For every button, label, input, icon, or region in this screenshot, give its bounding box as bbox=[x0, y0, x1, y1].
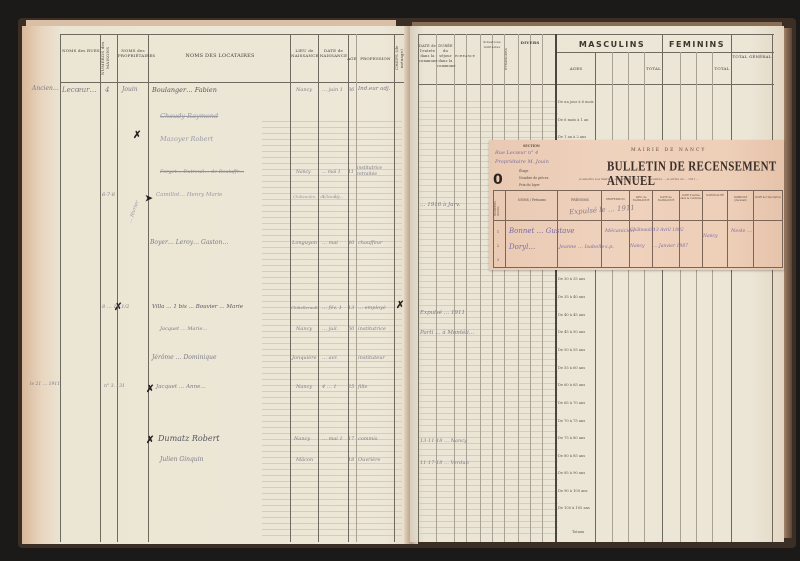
entry-birthdate: … juin 1 bbox=[322, 87, 343, 93]
cross-mark: ✗ bbox=[146, 384, 154, 395]
entry-age: 40 bbox=[348, 240, 354, 246]
entry-birthplace: Longuyon bbox=[292, 240, 317, 246]
entry-tenant: Camillot… Henry Marie bbox=[156, 192, 222, 198]
header-date-naissance: DATE de NAISSANCE bbox=[319, 48, 348, 58]
entry-age: 11 bbox=[348, 170, 354, 175]
entry-birthdate: … mai bbox=[322, 240, 338, 246]
entry-tenant: Boulanger… Fabien bbox=[152, 86, 217, 94]
bulletin-row-domicile: Nesle … bbox=[731, 228, 752, 234]
entry-profession: fille bbox=[358, 384, 368, 390]
cross-mark: ✗ bbox=[133, 130, 141, 141]
bulletin-col-inscription: DATE de l'inscription bbox=[754, 196, 782, 199]
age-row-label: De 85 à 90 ans bbox=[558, 471, 585, 475]
entry-profession: Ind.eur adj. bbox=[358, 86, 390, 92]
entry-birthplace: Châtellerault bbox=[291, 305, 318, 310]
entry-tenant: Mazoyer Robert bbox=[160, 135, 213, 143]
entry-tenant: Forget… Dutreuil… de Boulaffr… bbox=[160, 169, 244, 175]
entry-birthdate: … fév. 1 bbox=[322, 305, 342, 311]
header-total-feminins: TOTAL bbox=[713, 66, 731, 71]
entry-birthdate: … juil. bbox=[322, 326, 338, 332]
bulletin-row-name: Bonnet … Gustave bbox=[509, 227, 575, 235]
entry-age: 36 bbox=[348, 87, 354, 93]
bulletin-col-prenoms: PRÉNOMS bbox=[561, 198, 599, 202]
right-note: … 1916 à Jarv. bbox=[420, 202, 460, 208]
bulletin-row-birthplace: Nancy bbox=[630, 244, 645, 249]
age-row-totals: Totaux bbox=[572, 530, 584, 534]
age-row-label: De 70 à 75 ans bbox=[558, 419, 585, 423]
bulletin-row-name: Doryl… bbox=[509, 243, 535, 251]
margin-note: … février bbox=[127, 200, 141, 224]
margin-note: Ancien… bbox=[32, 85, 59, 92]
entry-birthplace: Jonquière bbox=[292, 355, 317, 361]
bulletin-field-proprietaire: Propriétaire M. Jouin bbox=[495, 159, 549, 165]
header-total-general: TOTAL GÉNÉRAL bbox=[732, 54, 772, 59]
entry-birthdate: … mai 1 bbox=[322, 436, 343, 442]
header-lieu-naissance: LIEU de NAISSANCE bbox=[291, 48, 318, 58]
bulletin-row-profession: s.p. bbox=[605, 244, 614, 250]
bulletin-field-loyer: Prix du loyer bbox=[519, 183, 540, 187]
right-page-table: DATE de l'entrée dans la commune DURÉE d… bbox=[418, 34, 774, 542]
age-row-label: De 45 à 50 ans bbox=[558, 330, 585, 334]
entry-profession: instituteur bbox=[358, 355, 385, 361]
entry-birthdate: … mai 1 bbox=[322, 170, 341, 175]
age-row-label: De 6 mois à 1 an bbox=[558, 118, 588, 122]
bulletin-recensement-slip: SECTION MAIRIE DE NANCY BULLETIN DE RECE… bbox=[489, 140, 784, 270]
right-note: 11-17-18 … Verdun bbox=[420, 460, 469, 466]
age-row-label: De 65 à 70 ans bbox=[558, 401, 585, 405]
entry-tenant: Jérôme … Dominique bbox=[152, 354, 217, 361]
header-age: AGE bbox=[347, 56, 357, 61]
bulletin-col-lieu: LIEU de NAISSANCE bbox=[630, 196, 652, 202]
right-note: 13-11-18 … Nancy bbox=[420, 438, 467, 444]
header-situations-militaires: Situations militaires bbox=[480, 40, 504, 50]
bulletin-field-pieces: Nombre de pièces bbox=[519, 176, 548, 180]
entry-tenant: Jacquet … Anne… bbox=[156, 384, 206, 390]
age-row-label: De 60 à 65 ans bbox=[558, 383, 585, 387]
bulletin-col-date: DATE de NAISSANCE bbox=[653, 196, 679, 202]
arrow-mark: ➤ bbox=[145, 194, 153, 204]
entry-age: 25 bbox=[348, 384, 354, 390]
entry-tenant: Villa … 1 bis … Bouvier … Marie bbox=[152, 304, 243, 310]
entry-birthplace: Nancy bbox=[296, 326, 312, 332]
header-echeance: ÉCHÉANCE bbox=[455, 54, 466, 59]
age-row-label: De 100 à 105 ans bbox=[558, 506, 590, 510]
bulletin-row-birthdate: … Janvier 1887 bbox=[653, 244, 688, 249]
header-profession: PROFESSION bbox=[357, 56, 394, 61]
entry-profession: commis bbox=[358, 436, 377, 442]
header-noms-des-rues: NOMS des RUES bbox=[62, 48, 100, 53]
bulletin-col-entree: DATE d'entrée dans la commune bbox=[680, 194, 702, 200]
bulletin-field-rue: Rue Lecœur n° 4 bbox=[495, 150, 538, 156]
header-masculins: MASCULINS bbox=[563, 40, 661, 49]
entry-age: 60 bbox=[348, 326, 354, 332]
right-note: Expulsé … 1911 bbox=[420, 310, 465, 316]
entry-birthdate: 1/… 1/… bbox=[322, 194, 343, 200]
header-feminins: FEMININS bbox=[664, 40, 730, 49]
bulletin-row-number: 2 bbox=[497, 244, 499, 248]
bulletin-col-domicile: DOMICILE précédent bbox=[728, 196, 753, 202]
age-row-label: De 35 à 40 ans bbox=[558, 295, 585, 299]
entry-profession: institutrice retraitée bbox=[357, 166, 395, 178]
entry-house-number: 4 bbox=[105, 86, 109, 94]
age-row-label: De 40 à 45 ans bbox=[558, 313, 585, 317]
entry-age: 13 bbox=[348, 305, 354, 311]
bulletin-section-label: SECTION bbox=[523, 144, 540, 148]
entry-birthdate: … avr. bbox=[322, 355, 338, 361]
entry-tenant: Julien Ginquin bbox=[160, 456, 204, 463]
header-numeros-maisons: NUMÉROS des MAISONS bbox=[100, 40, 117, 76]
entry-tenant: Jacquet … Marie… bbox=[160, 326, 207, 332]
entry-tenant: Boyer… Leroy… Gaston… bbox=[150, 239, 228, 246]
entry-profession: chauffeur bbox=[358, 240, 382, 246]
header-date-entree: DATE de l'entrée dans la commune bbox=[419, 44, 436, 64]
age-row-label: De 55 à 60 ans bbox=[558, 366, 585, 370]
header-ages: AGES bbox=[558, 66, 594, 71]
bulletin-row-number: 1 bbox=[497, 230, 499, 234]
entry-house-number: 8 … 10 1/2 bbox=[102, 304, 129, 310]
age-row-label: De 75 à 80 ans bbox=[558, 436, 585, 440]
bulletin-mairie: MAIRIE DE NANCY bbox=[631, 148, 706, 153]
header-locataires: NOMS DES LOCATAIRES bbox=[160, 54, 280, 59]
entry-house-number: n° 3. 131 bbox=[104, 384, 125, 389]
bulletin-title: BULLETIN DE RECENSEMENT ANNUEL bbox=[607, 160, 784, 189]
entry-age: 18 bbox=[348, 457, 354, 463]
age-row-label: De 1 an à 2 ans bbox=[558, 135, 586, 139]
entry-birthplace: Nancy bbox=[296, 87, 312, 93]
entry-profession: Ouvrière bbox=[358, 457, 380, 463]
entry-birthplace: Nancy bbox=[296, 170, 311, 175]
age-row-label: De 50 à 55 ans bbox=[558, 348, 585, 352]
entry-tenant: Dumatz Robert bbox=[158, 434, 220, 443]
bulletin-col-noms: NOMS / Prénoms bbox=[509, 198, 555, 202]
header-chefs: CHEFS (de ménage) bbox=[394, 40, 404, 76]
header-divers: DIVERS bbox=[518, 40, 542, 45]
header-duree-sejour: DURÉE du séjour dans la commune bbox=[437, 44, 454, 69]
header-proprietaires: NOMS des PROPRIÉTAIRES bbox=[118, 48, 148, 58]
bulletin-row-firstnames: Jeanne … Isabelle bbox=[559, 244, 604, 250]
entry-house-number: 6-7-8 bbox=[102, 192, 115, 198]
bulletin-col-profession: PROFESSION bbox=[602, 198, 629, 201]
entry-birthplace: Mâcon bbox=[296, 457, 313, 463]
age-row-label: De 80 à 85 ans bbox=[558, 454, 585, 458]
bulletin-col-nationalite: NATIONALITÉ bbox=[703, 194, 727, 197]
entry-birthdate: 4 … 1 bbox=[322, 384, 337, 390]
bulletin-field-etage: Étage bbox=[519, 169, 528, 173]
left-page-table: NOMS des RUES NUMÉROS des MAISONS NOMS d… bbox=[60, 34, 412, 544]
age-row-label: De 90 à 100 ans bbox=[558, 489, 587, 493]
entry-age: 17 bbox=[348, 436, 354, 442]
entry-profession: … employé bbox=[358, 305, 386, 311]
bulletin-row-number: 3 bbox=[497, 258, 499, 262]
header-etrangers: ÉTRANGERS bbox=[504, 44, 518, 74]
entry-birthplace: Nancy bbox=[296, 384, 312, 390]
entry-street: Lecœur… bbox=[62, 86, 97, 94]
cross-mark: ✗ bbox=[146, 435, 154, 446]
entry-birthplace: Nancy bbox=[294, 436, 310, 442]
margin-note: le 21 … 1911 bbox=[30, 382, 60, 387]
bulletin-row-birthplace: Châteaulin bbox=[630, 228, 655, 233]
right-note: Parti … à Montéli… bbox=[420, 330, 474, 336]
bulletin-row-origin: Nancy bbox=[703, 234, 718, 239]
entry-profession: institutrice bbox=[358, 326, 386, 332]
bulletin-subtitle: à remettre à la Mairie … en vertu de la … bbox=[579, 177, 699, 181]
header-total-masculins: TOTAL bbox=[645, 66, 662, 71]
age-row-label: De un jour à 6 mois bbox=[558, 100, 594, 104]
entry-owner: Jouin bbox=[122, 86, 138, 93]
entry-tenant: Chaudy Raymond bbox=[160, 112, 218, 120]
bulletin-col-numeros: NUMÉROS d'ordre bbox=[494, 194, 505, 216]
bulletin-row-birthdate: 13 Avril 1882 bbox=[653, 228, 684, 233]
age-row-label: De 30 à 35 ans bbox=[558, 277, 585, 281]
bulletin-big-number: 0 bbox=[493, 172, 503, 188]
